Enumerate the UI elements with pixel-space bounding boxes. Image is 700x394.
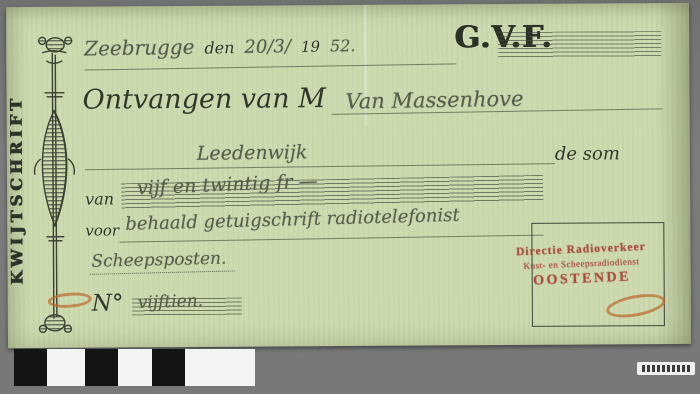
- receipt-paper: KWIJTSCHRIFT Zeebrugge den 20/3/ 19 52. …: [6, 3, 691, 348]
- reason2-handwritten: Scheepsposten.: [89, 248, 234, 274]
- received-line: Ontvangen van M Van Massenhove: [82, 81, 662, 131]
- number-handwritten: vijftien.: [137, 291, 203, 313]
- printed-van: van: [85, 189, 114, 208]
- printed-ontvangen-van: Ontvangen van M: [82, 83, 326, 115]
- calibration-square-white: [118, 349, 152, 386]
- address-line: Leedenwijk: [85, 138, 555, 170]
- side-title-kwijtschrift: KWIJTSCHRIFT: [6, 65, 34, 315]
- place-handwritten: Zeebrugge: [84, 35, 195, 61]
- calibration-square-white: [47, 349, 85, 386]
- calibration-square-black: [85, 349, 118, 386]
- calibration-square-black: [14, 349, 47, 386]
- address-handwritten: Leedenwijk: [197, 141, 308, 164]
- day-month-handwritten: 20/3/: [244, 36, 291, 58]
- photo-stage: KWIJTSCHRIFT Zeebrugge den 20/3/ 19 52. …: [0, 0, 700, 394]
- calibration-square-white-wide: [185, 349, 255, 386]
- calibration-square-black: [152, 349, 185, 386]
- inventory-label: [637, 362, 695, 375]
- red-ink-stamp: Directie Radioverkeer Kust- en Scheepsra…: [491, 240, 673, 291]
- printed-number-sign: N°: [92, 290, 124, 316]
- printed-century: 19: [301, 38, 320, 56]
- payer-name-handwritten: Van Massenhove: [332, 87, 524, 114]
- printed-den: den: [204, 38, 234, 57]
- inventory-label-text-smudge: [642, 365, 690, 372]
- ruled-fill-block-top: [498, 31, 661, 58]
- date-line: Zeebrugge den 20/3/ 19 52.: [84, 30, 457, 70]
- year-handwritten: 52.: [330, 36, 356, 55]
- printed-voor: voor: [85, 221, 119, 239]
- printed-de-som: de som: [555, 143, 620, 164]
